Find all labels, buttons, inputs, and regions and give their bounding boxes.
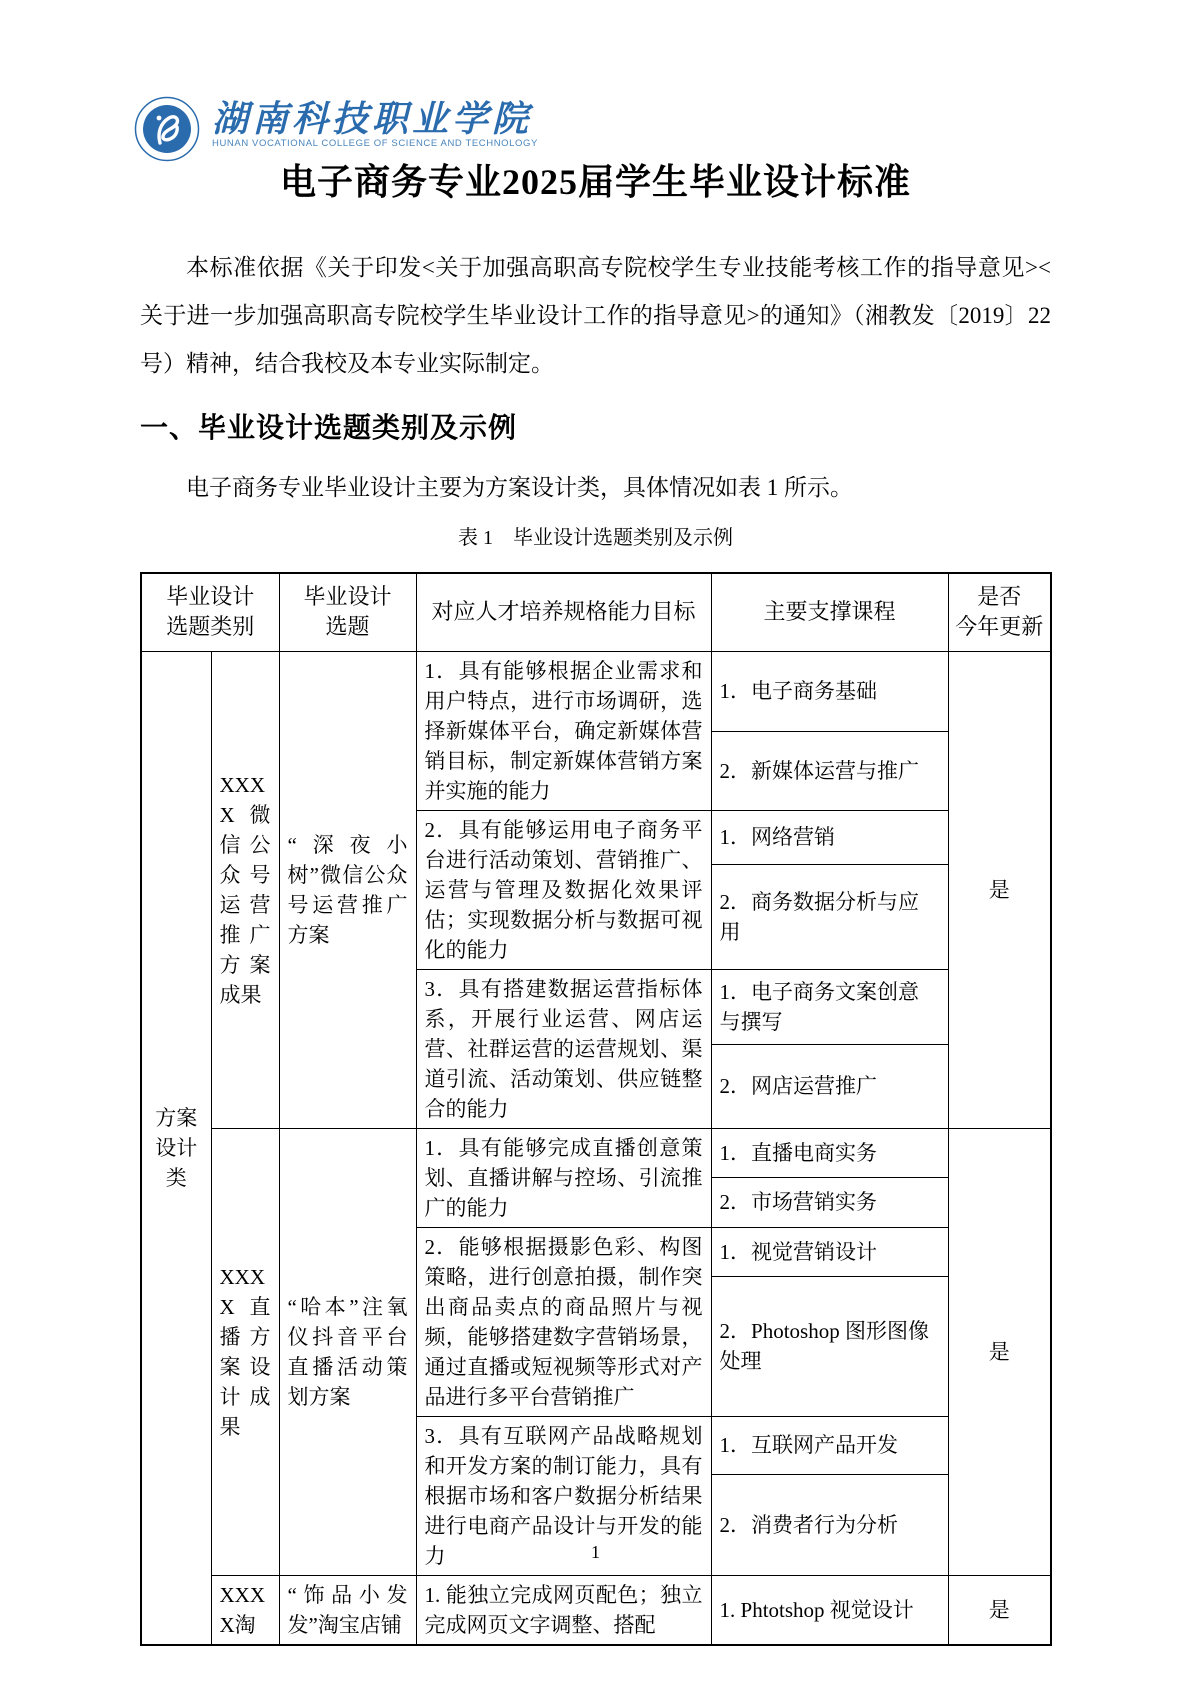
goal-cell: 1. 能独立完成网页配色；独立完成网页文字调整、搭配 [416, 1575, 711, 1645]
updated-cell-3: 是 [948, 1575, 1051, 1645]
course-cell: 2．Photoshop 图形图像处理 [711, 1276, 948, 1416]
college-name-block: 湖南科技职业学院 HUNAN VOCATIONAL COLLEGE OF SCI… [212, 96, 538, 150]
course-cell: 1．互联网产品开发 [711, 1416, 948, 1475]
course-cell: 1．视觉营销设计 [711, 1227, 948, 1276]
topic-cell-2: “哈本”注氧仪抖音平台直播活动策划方案 [279, 1128, 416, 1575]
outcome-cell-2: XXXX直播方案设计成果 [211, 1128, 279, 1575]
table-row: XXXX淘 “饰品小发发”淘宝店铺 1. 能独立完成网页配色；独立完成网页文字调… [141, 1575, 1051, 1645]
category-cell: 方案设计类 [141, 651, 211, 1645]
goal-cell: 1．具有能够根据企业需求和用户特点，进行市场调研，选择新媒体平台，确定新媒体营销… [416, 651, 711, 810]
course-cell: 1．网络营销 [711, 810, 948, 865]
table-row: 方案设计类 XXXX微信公众号运营推广方案成果 “深夜小树”微信公众号运营推广方… [141, 651, 1051, 732]
college-logo-icon [134, 96, 200, 162]
college-header: 湖南科技职业学院 HUNAN VOCATIONAL COLLEGE OF SCI… [134, 96, 1051, 166]
course-cell: 2．网店运营推广 [711, 1045, 948, 1128]
header-goals: 对应人才培养规格能力目标 [416, 573, 711, 651]
course-cell: 2．新媒体运营与推广 [711, 732, 948, 810]
goal-cell: 2．具有能够运用电子商务平台进行活动策划、营销推广、运营与管理及数据化效果评估；… [416, 810, 711, 969]
section-heading: 一、毕业设计选题类别及示例 [140, 411, 1051, 445]
course-cell: 1. Phtotshop 视觉设计 [711, 1575, 948, 1645]
header-category: 毕业设计 选题类别 [141, 573, 279, 651]
goal-cell: 1．具有能够完成直播创意策划、直播讲解与控场、引流推广的能力 [416, 1128, 711, 1227]
page-number: 1 [0, 1542, 1191, 1563]
updated-cell-2: 是 [948, 1128, 1051, 1575]
topics-table: 毕业设计 选题类别 毕业设计 选题 对应人才培养规格能力目标 主要支撑课程 是否… [140, 572, 1052, 1646]
document-page: 湖南科技职业学院 HUNAN VOCATIONAL COLLEGE OF SCI… [0, 0, 1191, 1684]
outcome-cell-3: XXXX淘 [211, 1575, 279, 1645]
topic-cell-3: “饰品小发发”淘宝店铺 [279, 1575, 416, 1645]
document-title: 电子商务专业2025届学生毕业设计标准 [140, 160, 1051, 204]
course-cell: 2．市场营销实务 [711, 1178, 948, 1228]
updated-cell-1: 是 [948, 651, 1051, 1128]
topic-cell-1: “深夜小树”微信公众号运营推广方案 [279, 651, 416, 1128]
header-updated: 是否 今年更新 [948, 573, 1051, 651]
college-name-english: HUNAN VOCATIONAL COLLEGE OF SCIENCE AND … [212, 138, 538, 150]
intro-paragraph: 本标准依据《关于印发<关于加强高职高专院校学生专业技能考核工作的指导意见><关于… [140, 244, 1051, 388]
course-cell: 1．直播电商实务 [711, 1128, 948, 1178]
course-cell: 1．电子商务基础 [711, 651, 948, 732]
outcome-cell-1: XXXX微信公众号运营推广方案成果 [211, 651, 279, 1128]
table-row: XXXX直播方案设计成果 “哈本”注氧仪抖音平台直播活动策划方案 1．具有能够完… [141, 1128, 1051, 1178]
table-caption: 表 1 毕业设计选题类别及示例 [140, 526, 1051, 550]
page-content: 湖南科技职业学院 HUNAN VOCATIONAL COLLEGE OF SCI… [140, 96, 1051, 1646]
goal-cell: 3．具有搭建数据运营指标体系，开展行业运营、网店运营、社群运营的运营规划、渠道引… [416, 969, 711, 1128]
header-courses: 主要支撑课程 [711, 573, 948, 651]
table-header-row: 毕业设计 选题类别 毕业设计 选题 对应人才培养规格能力目标 主要支撑课程 是否… [141, 573, 1051, 651]
section-paragraph: 电子商务专业毕业设计主要为方案设计类，具体情况如表 1 所示。 [140, 473, 1051, 503]
course-cell: 2．商务数据分析与应用 [711, 865, 948, 969]
course-cell: 1．电子商务文案创意与撰写 [711, 969, 948, 1045]
college-name: 湖南科技职业学院 [212, 100, 538, 138]
header-topic: 毕业设计 选题 [279, 573, 416, 651]
goal-cell: 2．能够根据摄影色彩、构图策略，进行创意拍摄，制作突出商品卖点的商品照片与视频，… [416, 1227, 711, 1416]
